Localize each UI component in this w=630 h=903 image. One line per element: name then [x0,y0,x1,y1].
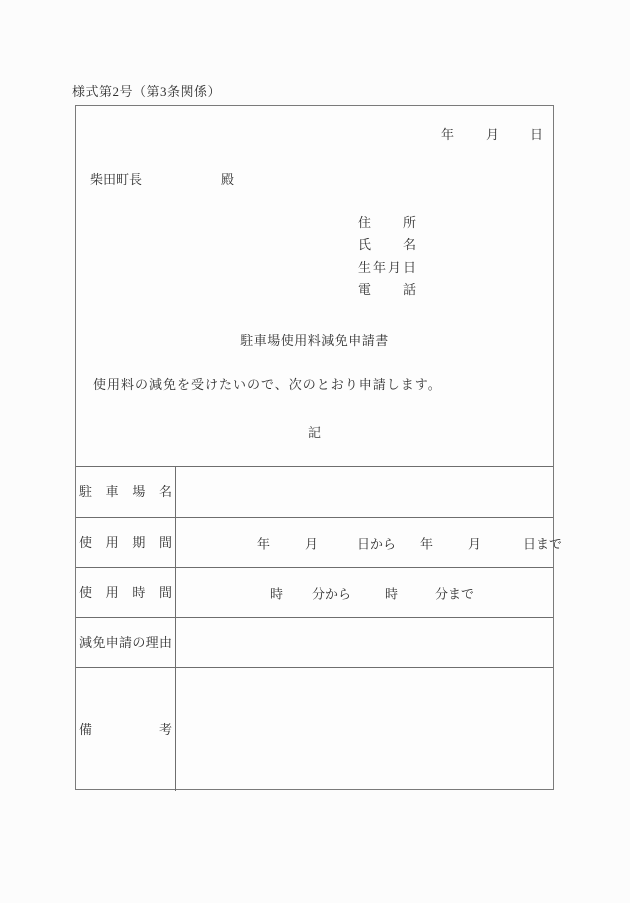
table-row-usage-time: 使用時間 時 分から 時 分まで [76,567,553,617]
applicant-birthdate-label: 生年月日 [358,257,416,279]
usage-period-label: 使用期間 [79,535,172,551]
row-label-cell: 備考 [76,668,176,791]
document-frame: 年 月 日 柴田町長 殿 住所 氏名 生年月日 電話 駐車場使用料減免申請書 使… [75,105,554,790]
date-day-label: 日 [530,124,543,143]
application-statement: 使用料の減免を受けたいので、次のとおり申請します。 [93,374,442,393]
time-hour-from-label: 時 [270,583,283,602]
period-day-to-label: 日まで [523,533,562,552]
period-day-from-label: 日から [357,533,396,552]
period-month-to-label: 月 [468,533,481,552]
period-year-from-label: 年 [257,533,270,552]
time-minute-from-label: 分から [312,583,351,602]
exemption-reason-value-cell [176,618,553,667]
form-number-label: 様式第2号（第3条関係） [72,81,221,100]
document-page: { "form_number": "様式第2号（第3条関係）", "letter… [0,0,630,903]
remarks-label: 備考 [79,722,172,738]
usage-time-value-cell: 時 分から 時 分まで [176,568,553,617]
date-month-label: 月 [486,124,499,143]
time-hour-to-label: 時 [385,583,398,602]
time-minute-to-label: 分まで [435,583,474,602]
addressee-honorific: 殿 [221,169,234,188]
addressee-name: 柴田町長 [90,172,142,187]
row-label-cell: 使用時間 [76,568,176,617]
table-row-usage-period: 使用期間 年 月 日から 年 月 日まで [76,517,553,567]
parking-name-value-cell [176,467,553,517]
row-label-cell: 使用期間 [76,518,176,567]
note-mark: 記 [76,422,553,441]
table-row-exemption-reason: 減免申請の理由 [76,617,553,667]
date-year-label: 年 [441,124,454,143]
addressee-line: 柴田町長 殿 [90,169,390,188]
exemption-reason-label: 減免申請の理由 [79,635,172,651]
parking-name-label: 駐車場名 [79,484,172,500]
document-title: 駐車場使用料減免申請書 [76,330,553,349]
remarks-value-cell [176,668,553,791]
period-year-to-label: 年 [420,533,433,552]
table-row-parking-name: 駐車場名 [76,466,553,517]
usage-time-label: 使用時間 [79,585,172,601]
row-label-cell: 駐車場名 [76,467,176,517]
table-row-remarks: 備考 [76,667,553,791]
applicant-address-label: 住所 [358,212,416,234]
usage-period-value-cell: 年 月 日から 年 月 日まで [176,518,553,567]
applicant-phone-label: 電話 [358,279,416,301]
applicant-fields: 住所 氏名 生年月日 電話 [358,212,416,301]
period-month-from-label: 月 [305,533,318,552]
applicant-name-label: 氏名 [358,234,416,256]
row-label-cell: 減免申請の理由 [76,618,176,667]
details-table: 駐車場名 使用期間 年 月 日から 年 月 日まで 使用時間 時 分か [76,466,553,791]
